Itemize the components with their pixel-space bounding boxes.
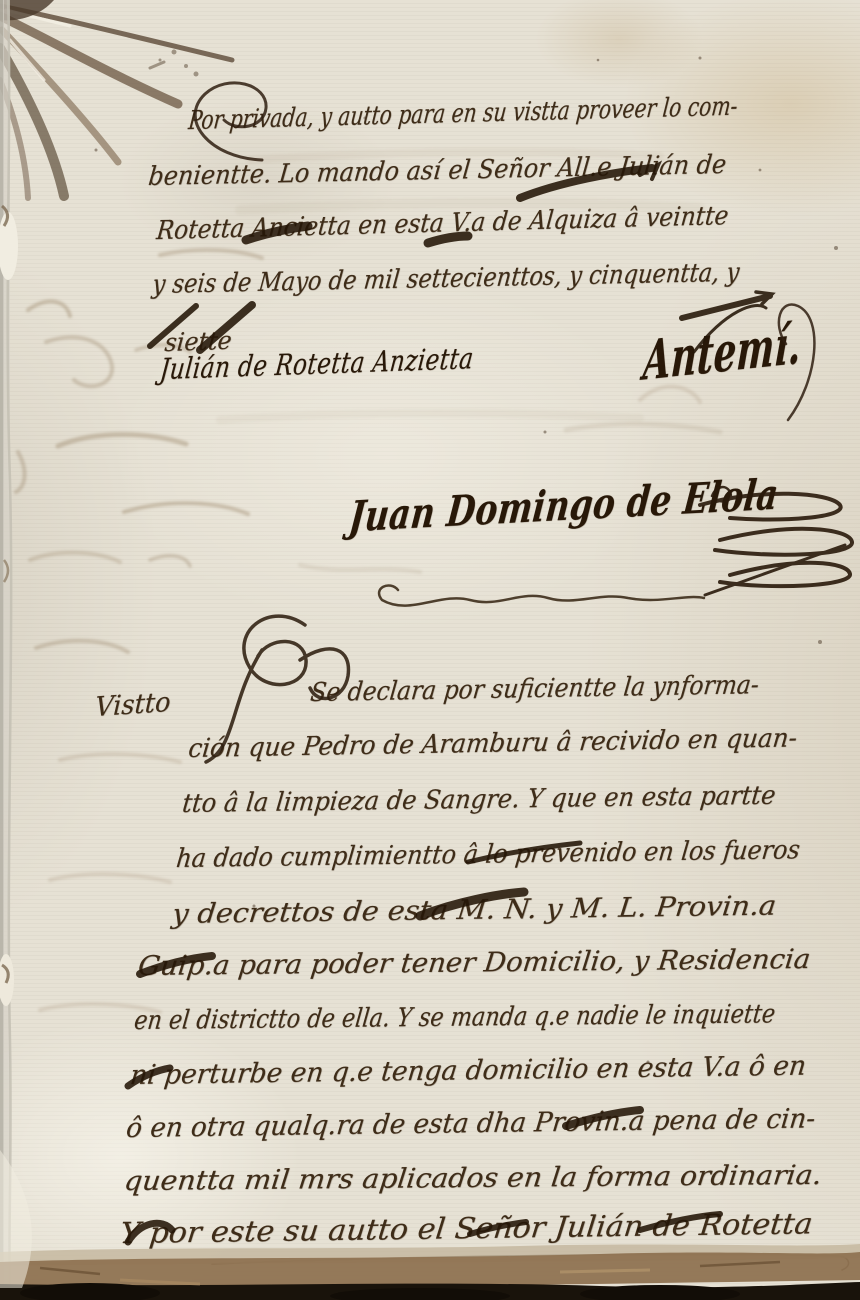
top-smudge-mark [150,50,199,77]
signature-underline-flourish [379,585,704,605]
manuscript-line: quentta mil mrs aplicados en la forma or… [122,1160,823,1197]
manuscript-line: ha dado cumplimientto â lo prevenido en … [175,835,802,874]
manuscript-line: y seis de Mayo de mil settecienttos, y c… [151,258,741,300]
manuscript-line: tto â la limpieza de Sangre. Y que en es… [181,781,777,819]
signature-juan-domingo: Juan Domingo de Elola [347,470,781,542]
manuscript-line: y decrettos de esta M. N. y M. L. Provin… [171,891,778,930]
closing-rule-line [212,1254,849,1270]
manuscript-line: Se declara por suficientte la ynforma- [309,670,760,708]
manuscript-line: ô en otra qualq.ra de esta dha Provin.a … [125,1103,817,1144]
manuscript-line: Guip.a para poder tener Domicilio, y Res… [137,944,812,982]
manuscript-line: ni perturbe en q.e tenga domicilio en es… [129,1051,808,1091]
margin-note-vistto: Vistto [94,687,171,723]
manuscript-line: benientte. Lo mando así el Señor All.e J… [147,150,728,192]
manuscript-page: Por privada, y autto para en su vistta p… [0,0,860,1300]
manuscript-line: Rotetta Ancietta en esta V.a de Alquiza … [155,201,730,246]
manuscript-line: Por privada, y autto para en su vistta p… [187,92,739,136]
left-page-edge [0,0,18,1300]
manuscript-line: en el districtto de ella. Y se manda q.e… [133,999,777,1036]
bottom-binding-edge [0,1244,860,1300]
bottom-left-fold [0,1150,32,1288]
manuscript-line: ción que Pedro de Aramburu â recivido en… [187,723,799,764]
attestation-ante-mi: Antemí. [642,311,803,392]
manuscript-line: Y por este su autto el Señor Julián de R… [118,1206,814,1250]
